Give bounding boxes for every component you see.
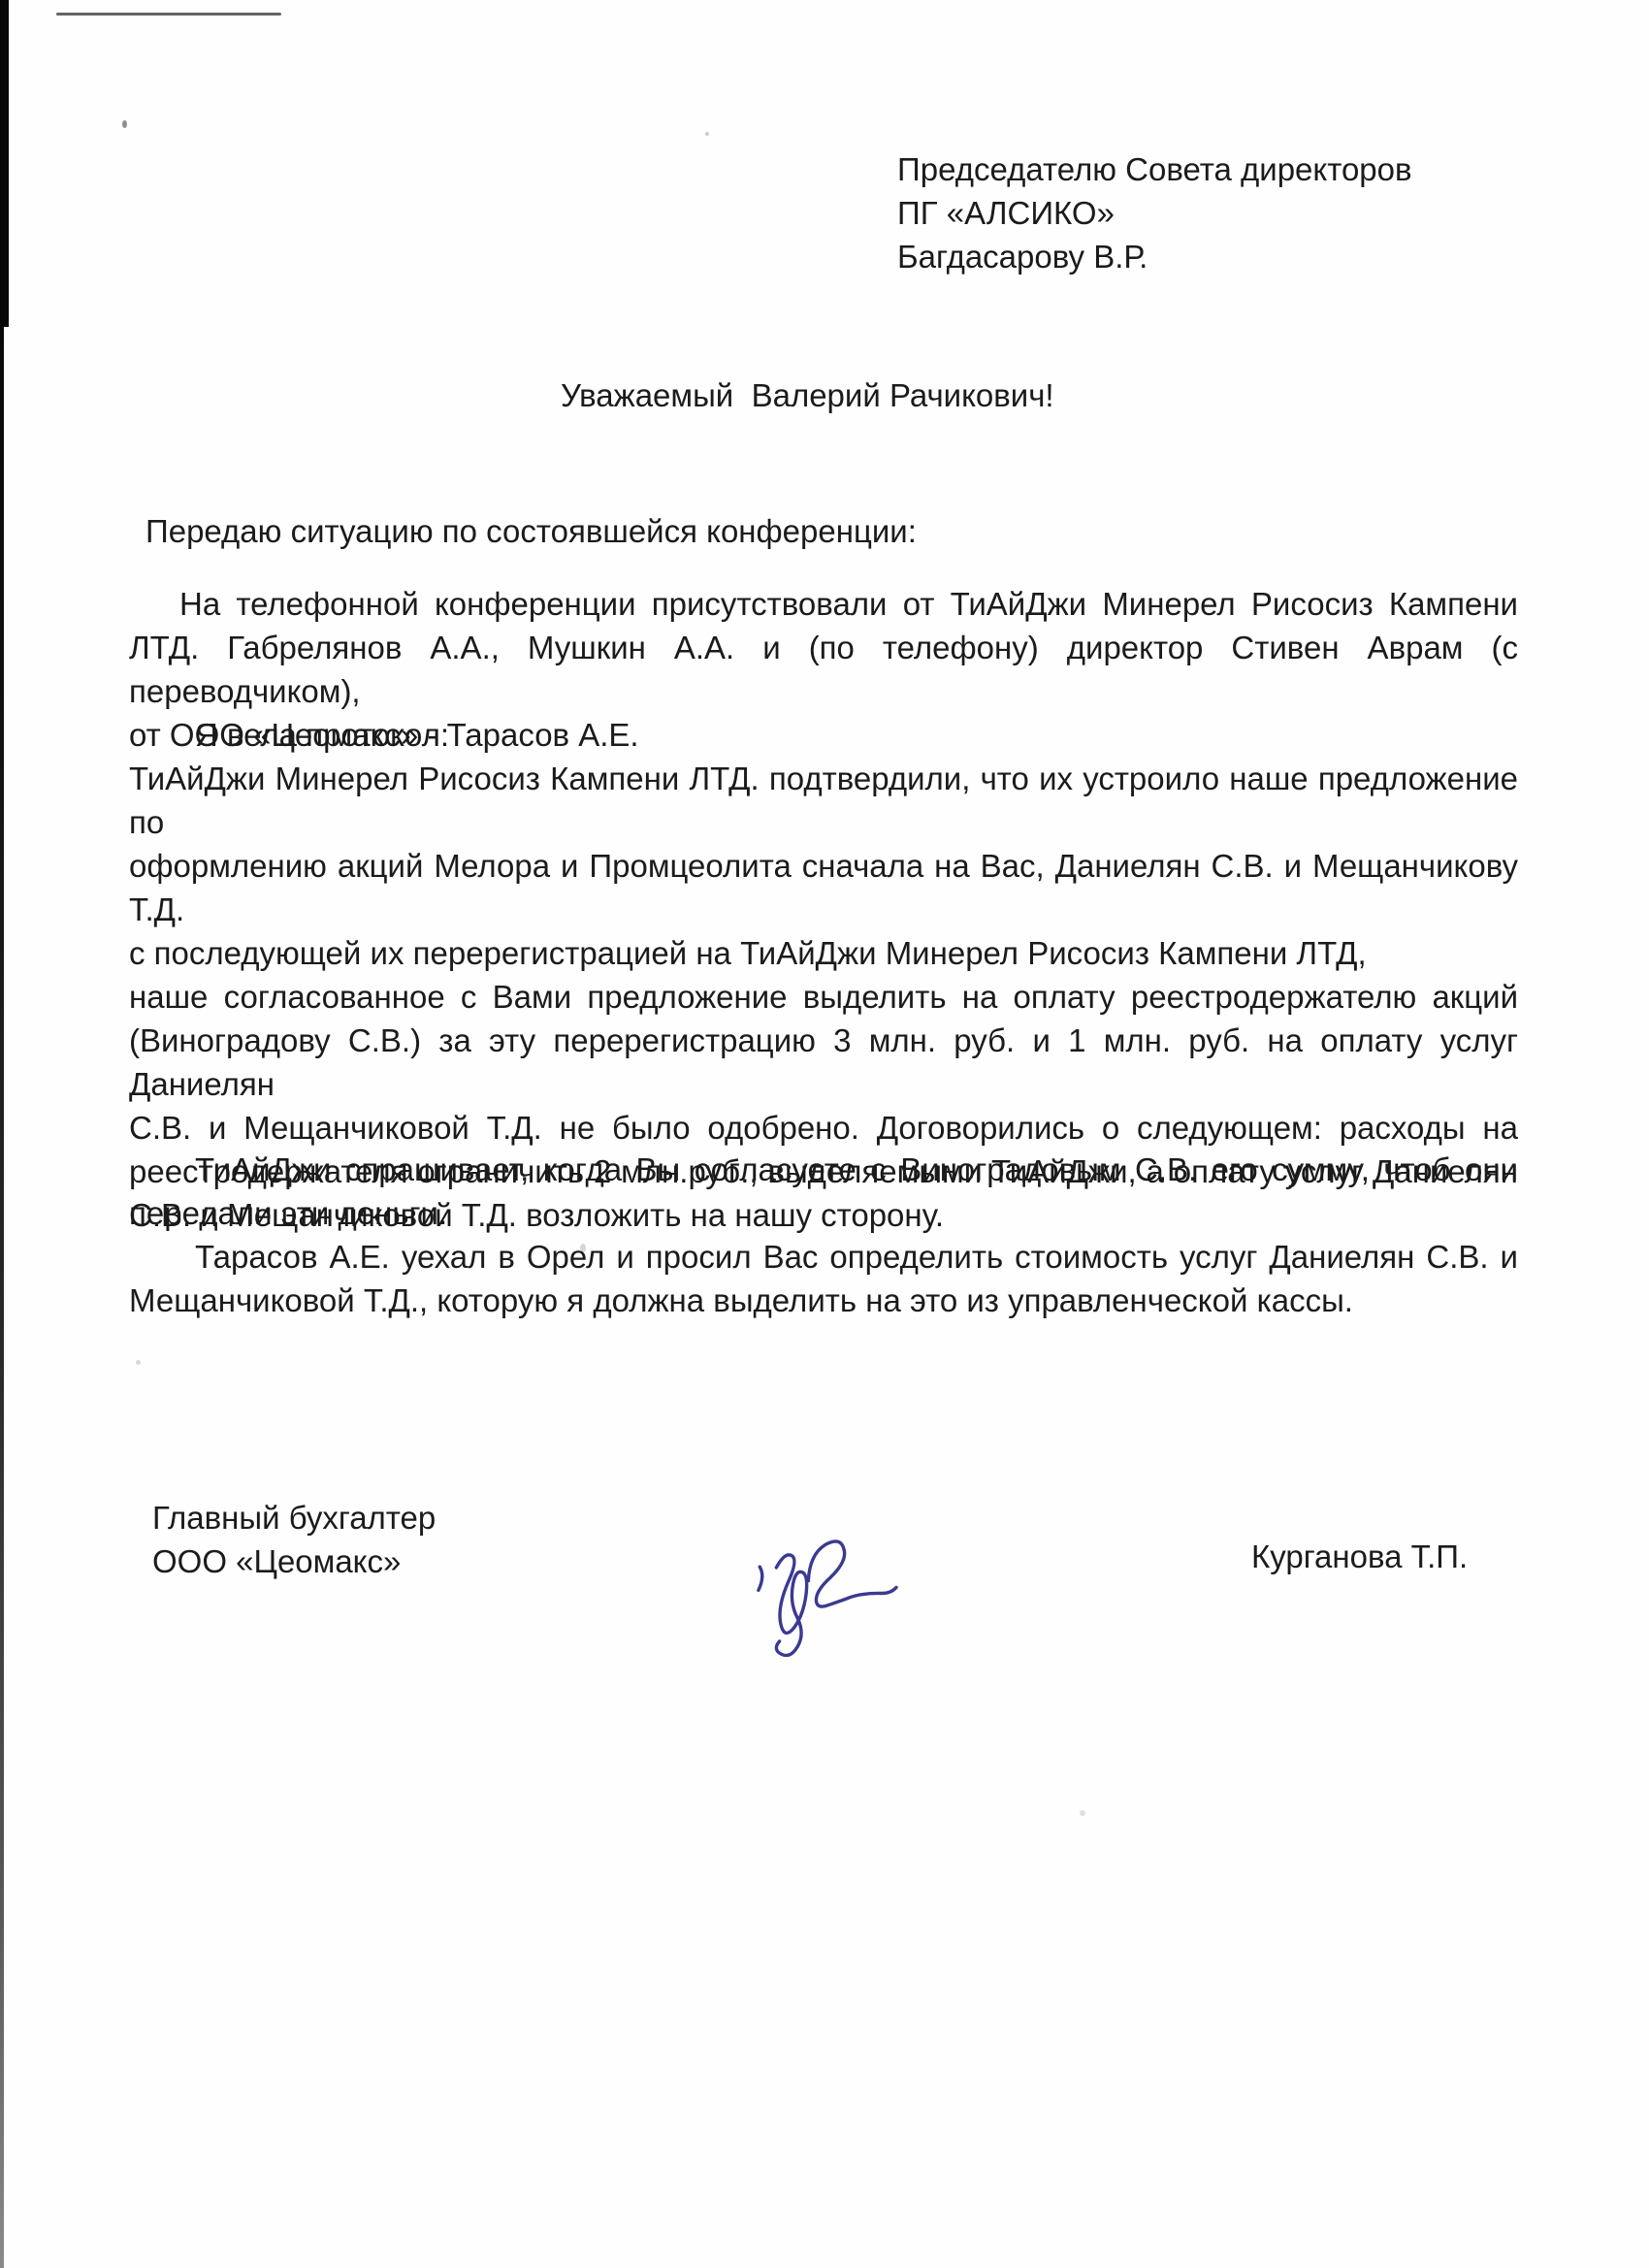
scan-line-artifact [56, 13, 281, 16]
paragraph-line: ТиАйДжи спрашивает, когда Вы согласуете … [129, 1148, 1518, 1191]
intro-line: Передаю ситуацию по состоявшейся конфере… [145, 509, 917, 553]
scan-speck [122, 120, 127, 128]
scan-speck [136, 1360, 141, 1365]
scan-speck [705, 132, 709, 136]
handwritten-signature [745, 1521, 920, 1657]
scanned-letter-page: Председателю Совета директоров ПГ «АЛСИК… [0, 0, 1649, 2268]
recipient-block: Председателю Совета директоров ПГ «АЛСИК… [897, 147, 1412, 278]
paragraph-line: оформлению акций Мелора и Промцеолита сн… [129, 844, 1518, 931]
paragraph-line: Я вела протокол: [129, 713, 1518, 757]
paragraph-line: Тарасов А.Е. уехал в Орел и просил Вас о… [129, 1235, 1518, 1279]
paragraph-line: ТиАйДжи Минерел Рисосиз Кампени ЛТД. под… [129, 757, 1518, 844]
paragraph-tarasov: Тарасов А.Е. уехал в Орел и просил Вас о… [129, 1235, 1518, 1322]
paragraph-line: Мещанчиковой Т.Д., которую я должна выде… [129, 1279, 1518, 1322]
paragraph-line: С.В. и Мещанчиковой Т.Д. не было одобрен… [129, 1106, 1518, 1150]
signer-name: Курганова Т.П. [1251, 1535, 1468, 1578]
paragraph-line: На телефонной конференции присутствовали… [129, 582, 1518, 626]
signer-role-line: ООО «Цеомакс» [152, 1539, 436, 1583]
signer-role-block: Главный бухгалтер ООО «Цеомакс» [152, 1496, 436, 1583]
signer-role-line: Главный бухгалтер [152, 1496, 436, 1539]
paragraph-line: (Виноградову С.В.) за эту перерегистраци… [129, 1019, 1518, 1106]
scan-edge-artifact-top [0, 0, 9, 327]
paragraph-line: наше согласованное с Вами предложение вы… [129, 975, 1518, 1019]
recipient-line: ПГ «АЛСИКО» [897, 191, 1412, 235]
paragraph-question: ТиАйДжи спрашивает, когда Вы согласуете … [129, 1148, 1518, 1235]
salutation: Уважаемый Валерий Рачикович! [561, 373, 1054, 417]
scan-speck [1080, 1810, 1085, 1816]
recipient-line: Багдасарову В.Р. [897, 235, 1412, 278]
paragraph-line: ЛТД. Габрелянов А.А., Мушкин А.А. и (по … [129, 626, 1518, 713]
paragraph-line: с последующей их перерегистрацией на ТиА… [129, 931, 1518, 975]
paragraph-line: передали эти деньги. [129, 1191, 1518, 1235]
recipient-line: Председателю Совета директоров [897, 147, 1412, 191]
scan-edge-artifact [0, 0, 4, 2268]
